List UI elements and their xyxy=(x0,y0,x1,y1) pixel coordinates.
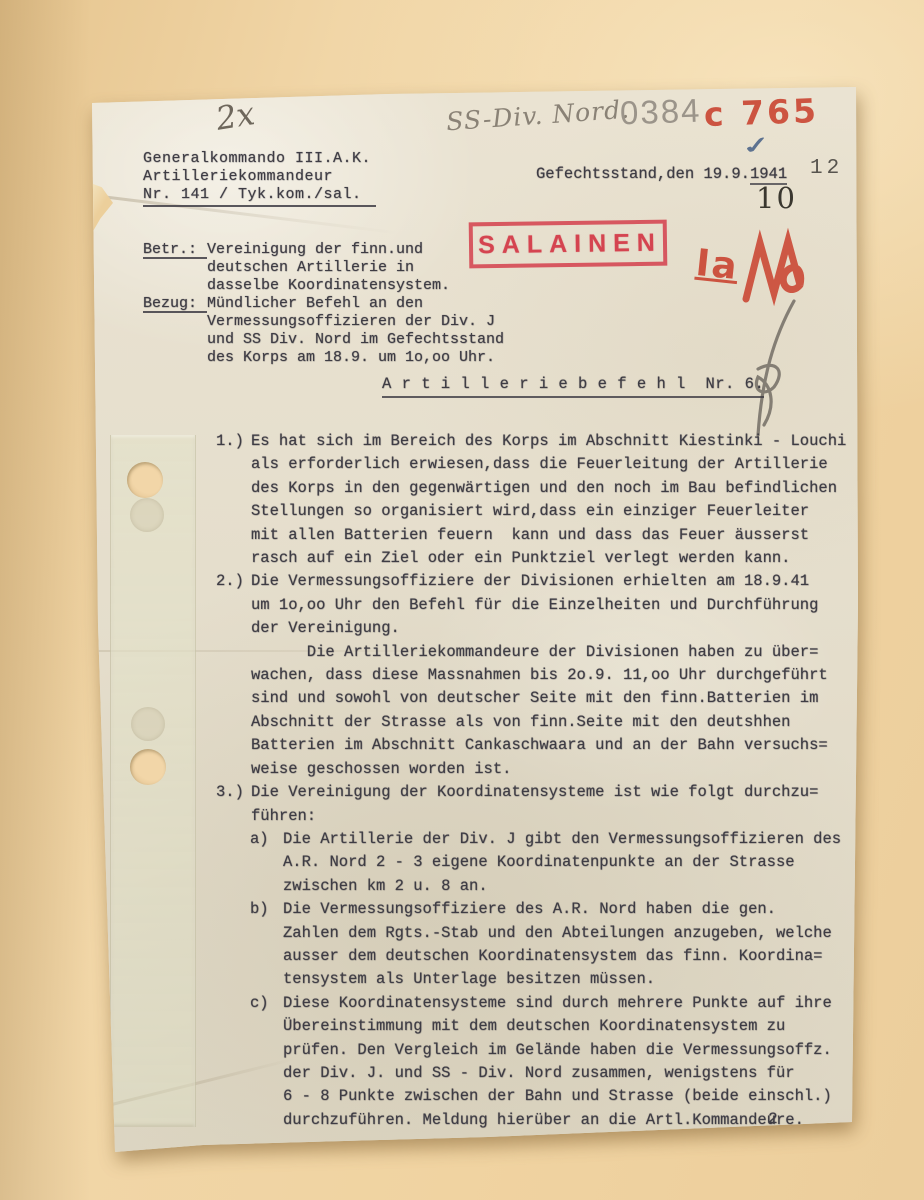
bezug-label: Bezug: xyxy=(143,295,207,313)
text-line: Es hat sich im Bereich des Korps im Absc… xyxy=(251,430,846,453)
sender-block: Generalkommando III.A.K. Artilleriekomma… xyxy=(143,150,376,207)
pencil-signature-icon xyxy=(728,297,808,442)
paper-sheet: 2x SS-Div. Nord. 0384 c 765 ✓ Generalkom… xyxy=(88,85,860,1157)
item-label: b) xyxy=(250,898,283,921)
order-item: 2.)Die Vermessungsoffiziere der Division… xyxy=(216,570,864,781)
text-line: als erforderlich erwiesen,dass die Feuer… xyxy=(251,453,846,476)
order-item: 1.)Es hat sich im Bereich des Korps im A… xyxy=(216,430,864,570)
torn-edge xyxy=(85,181,113,233)
item-lines: Die Vermessungsoffiziere des A.R. Nord h… xyxy=(283,898,832,992)
text-line: Übereinstimmung mit dem deutschen Koordi… xyxy=(283,1015,832,1038)
text-line: tensystem als Unterlage besitzen müssen. xyxy=(283,968,832,991)
order-body: 1.)Es hat sich im Bereich des Korps im A… xyxy=(216,430,864,1132)
typed-number-12: 12 xyxy=(810,157,843,180)
item-lines: Die Vereinigung der Koordinatensysteme i… xyxy=(251,781,818,828)
blue-check-mark-icon: ✓ xyxy=(740,130,773,160)
hole-impression xyxy=(131,707,165,741)
text-line: des Korps in den gegenwärtigen und den n… xyxy=(251,477,846,500)
text-line: um 1o,oo Uhr den Befehl für die Einzelhe… xyxy=(251,594,828,617)
text-line: und SS Div. Nord im Gefechtsstand xyxy=(207,331,504,349)
item-lines: Die Vermessungsoffiziere der Divisionen … xyxy=(251,570,828,781)
order-item: a)Die Artillerie der Div. J gibt den Ver… xyxy=(250,828,864,898)
item-label: a) xyxy=(250,828,283,851)
order-item: 3.)Die Vereinigung der Koordinatensystem… xyxy=(216,781,864,828)
archive-number-stamp: 0384 xyxy=(619,92,702,133)
betreff-lines: Vereinigung der finn.unddeutschen Artill… xyxy=(207,241,450,295)
text-line: mit allen Batterien feuern kann und dass… xyxy=(251,524,846,547)
text-line: Die Vereinigung der Koordinatensysteme i… xyxy=(251,781,818,804)
text-line: weise geschossen worden ist. xyxy=(251,758,828,781)
text-line: Abschnitt der Strasse als von finn.Seite… xyxy=(251,711,828,734)
page-number: 2 xyxy=(768,1110,779,1128)
red-crayon-ia-mark: Ia xyxy=(694,241,741,288)
text-line: prüfen. Den Vergleich im Gelände haben d… xyxy=(283,1039,832,1062)
item-lines: Diese Koordinatensysteme sind durch mehr… xyxy=(283,992,832,1132)
text-line: A.R. Nord 2 - 3 eigene Koordinatenpunkte… xyxy=(283,851,841,874)
text-line: Generalkommando III.A.K. xyxy=(143,150,376,168)
text-line: Mündlicher Befehl an den xyxy=(207,295,504,313)
item-label: 2.) xyxy=(216,570,251,593)
punch-hole xyxy=(130,749,166,785)
order-title: A r t i l l e r i e b e f e h l Nr. 6. xyxy=(382,375,764,398)
bezug-lines: Mündlicher Befehl an denVermessungsoffiz… xyxy=(207,295,504,367)
text-line: führen: xyxy=(251,805,818,828)
red-crayon-number: c 765 xyxy=(703,91,819,134)
text-line: Stellungen so organisiert wird,dass ein … xyxy=(251,500,846,523)
handwritten-division-note: SS-Div. Nord. xyxy=(445,95,631,137)
order-item: b)Die Vermessungsoffiziere des A.R. Nord… xyxy=(250,898,864,992)
text-line: Diese Koordinatensysteme sind durch mehr… xyxy=(283,992,832,1015)
text-line: Die Vermessungsoffiziere des A.R. Nord h… xyxy=(283,898,832,921)
text-line: sind und sowohl von deutscher Seite mit … xyxy=(251,687,828,710)
text-line: Die Vermessungsoffiziere der Divisionen … xyxy=(251,570,828,593)
text-line: Die Artillerie der Div. J gibt den Verme… xyxy=(283,828,841,851)
text-line: Nr. 141 / Tyk.kom./sal. xyxy=(143,186,376,207)
date-line: Gefechtsstand,den 19.9.1941 xyxy=(536,165,787,183)
text-line: 6 - 8 Punkte zwischen der Bahn und Stras… xyxy=(283,1085,832,1108)
reference-block: Betr.: Vereinigung der finn.unddeutschen… xyxy=(143,241,504,367)
betreff-label: Betr.: xyxy=(143,241,207,259)
handwritten-copy-count: 2x xyxy=(213,94,257,138)
item-label: c) xyxy=(250,992,283,1015)
item-label: 1.) xyxy=(216,430,251,453)
text-line: zwischen km 2 u. 8 an. xyxy=(283,875,841,898)
stamped-number-10: 10 xyxy=(756,181,797,215)
text-line: Die Artilleriekommandeure der Divisionen… xyxy=(251,641,828,664)
bezug-row: Bezug: Mündlicher Befehl an denVermessun… xyxy=(143,295,504,367)
text-line: Vermessungsoffizieren der Div. J xyxy=(207,313,504,331)
text-line: ausser dem deutschen Koordinatensystem d… xyxy=(283,945,832,968)
text-line: Vereinigung der finn.und xyxy=(207,241,450,259)
item-lines: Es hat sich im Bereich des Korps im Absc… xyxy=(251,430,846,570)
text-line: der Div. J. und SS - Div. Nord zusammen,… xyxy=(283,1062,832,1085)
hole-impression xyxy=(130,498,164,532)
text-line: wachen, dass diese Massnahmen bis 2o.9. … xyxy=(251,664,828,687)
text-line: des Korps am 18.9. um 1o,oo Uhr. xyxy=(207,349,504,367)
text-line: Zahlen dem Rgts.-Stab und den Abteilunge… xyxy=(283,922,832,945)
punch-hole xyxy=(127,462,163,498)
paper-surface: 2x SS-Div. Nord. 0384 c 765 ✓ Generalkom… xyxy=(88,85,860,1157)
scanned-document-page: 2x SS-Div. Nord. 0384 c 765 ✓ Generalkom… xyxy=(0,0,924,1200)
item-label: 3.) xyxy=(216,781,251,804)
text-line: Artilleriekommandeur xyxy=(143,168,376,186)
text-line: der Vereinigung. xyxy=(251,617,828,640)
betreff-row: Betr.: Vereinigung der finn.unddeutschen… xyxy=(143,241,504,295)
text-line: rasch auf ein Ziel oder ein Punktziel ve… xyxy=(251,547,846,570)
item-lines: Die Artillerie der Div. J gibt den Verme… xyxy=(283,828,841,898)
text-line: durchzuführen. Meldung hierüber an die A… xyxy=(283,1109,832,1132)
text-line: dasselbe Koordinatensystem. xyxy=(207,277,450,295)
date-prefix: Gefechtsstand,den 19.9. xyxy=(536,165,750,183)
text-line: Batterien im Abschnitt Cankaschwaara und… xyxy=(251,734,828,757)
text-line: deutschen Artillerie in xyxy=(207,259,450,277)
